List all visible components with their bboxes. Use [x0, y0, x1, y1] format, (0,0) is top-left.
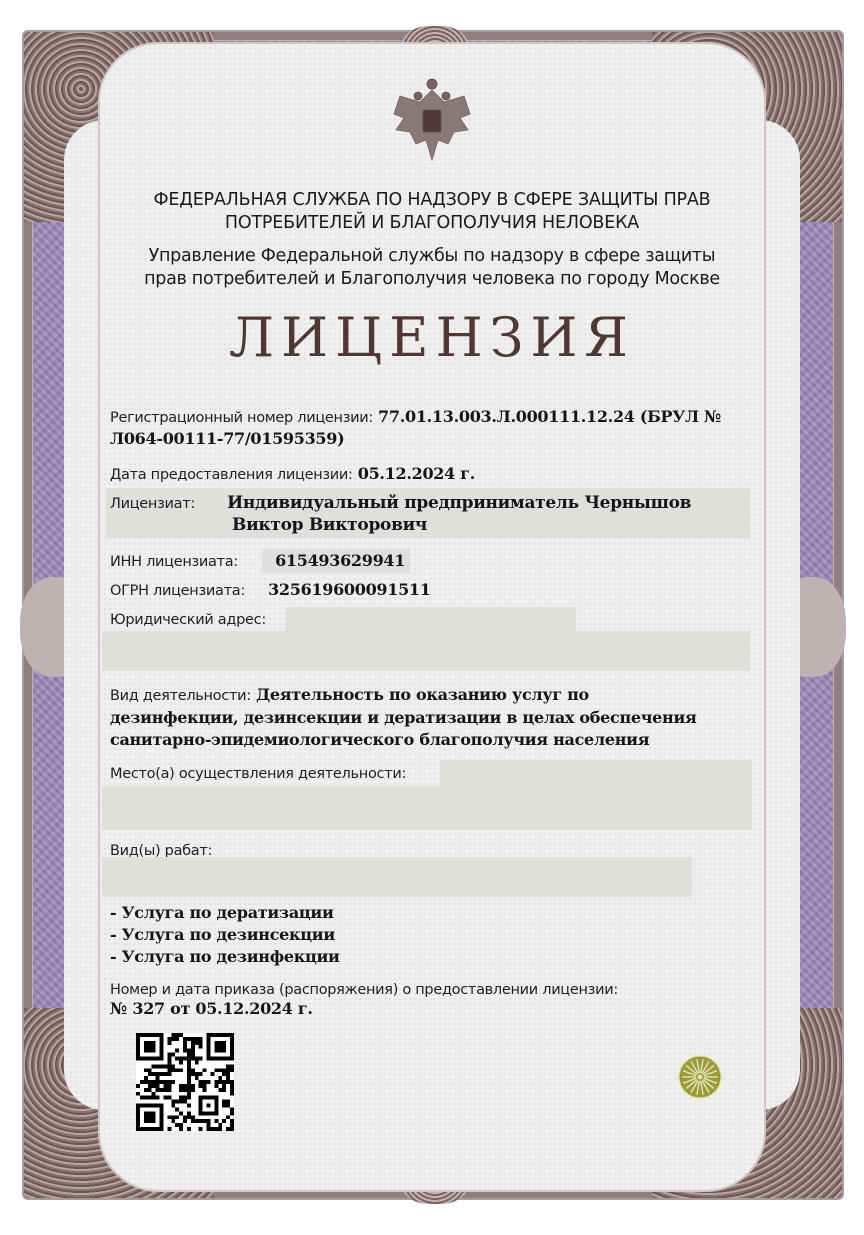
agency-line: ПОТРЕБИТЕЛЕЙ И БЛАГОПОЛУЧИЯ НЕЛОВЕКА — [100, 212, 764, 235]
licensee-value: Индивидуальный предприниматель Чернышов — [227, 493, 691, 513]
department-line: прав потребителей и Благополучия человек… — [100, 268, 764, 291]
reg-number-value-cont: Л064-00111-77/01595359) — [110, 429, 344, 448]
agency-name: ФЕДЕРАЛЬНАЯ СЛУЖБА ПО НАДЗОРУ В СФЕРЕ ЗА… — [100, 189, 764, 235]
ogrn-label: ОГРН лицензиата: — [110, 580, 263, 602]
order-field-value: № 327 от 05.12.2024 г. — [110, 998, 750, 1020]
ogrn-value: 325619600091511 — [268, 580, 431, 599]
date-label: Дата предоставления лицензии: — [110, 467, 353, 483]
reg-number-label: Регистрационный номер лицензии: — [110, 410, 373, 426]
agency-line: ФЕДЕРАЛЬНАЯ СЛУЖБА ПО НАДЗОРУ В СФЕРЕ ЗА… — [100, 189, 764, 212]
activity-value-cont: санитарно-эпидемиологического благополуч… — [110, 730, 649, 749]
department-name: Управление Федеральной службы по надзору… — [100, 245, 764, 291]
places-label: Место(а) осуществления деятельности: — [110, 766, 406, 782]
activity-field-cont: дезинфекции, дезинсекции и дератизации в… — [110, 707, 750, 729]
places-redaction — [102, 786, 752, 830]
activity-label: Вид деятельности: — [110, 688, 251, 704]
licensee-label: Лицензиат: — [110, 493, 222, 515]
activity-value-cont: дезинфекции, дезинсекции и дератизации в… — [110, 708, 697, 727]
reg-number-field: Регистрационный номер лицензии: 77.01.13… — [110, 406, 750, 429]
department-line: Управление Федеральной службы по надзору… — [100, 245, 764, 268]
service-item: - Услуга по дератизации — [110, 902, 750, 924]
address-label: Юридический адрес: — [110, 612, 266, 628]
order-label: Номер и дата приказа (распоряжения) о пр… — [110, 982, 618, 998]
places-field: Место(а) осуществления деятельности: — [110, 762, 750, 785]
service-item: - Услуга по дезинфекции — [110, 946, 750, 968]
address-redaction — [102, 631, 750, 671]
licensee-field-cont: Виктор Викторович — [232, 514, 864, 536]
address-field: Юридический адрес: — [110, 608, 750, 631]
qr-code-icon[interactable] — [136, 1033, 234, 1131]
licensee-field: Лицензиат: Индивидуальный предпринимател… — [110, 492, 750, 515]
service-item: - Услуга по дезинсекции — [110, 924, 750, 946]
hologram-seal-icon — [676, 1053, 724, 1101]
activity-field-cont: санитарно-эпидемиологического благополуч… — [110, 729, 750, 751]
reg-number-field-cont: Л064-00111-77/01595359) — [110, 428, 750, 450]
works-redaction — [102, 857, 692, 897]
inn-label: ИНН лицензиата: — [110, 551, 270, 573]
russian-coat-of-arms-icon — [390, 74, 474, 166]
inn-value: 615493629941 — [275, 551, 405, 570]
reg-number-value: 77.01.13.003.Л.000111.12.24 (БРУЛ № — [378, 407, 721, 426]
licensee-value-cont: Виктор Викторович — [232, 515, 427, 535]
service-item-text: - Услуга по дератизации — [110, 903, 334, 922]
activity-field: Вид деятельности: Деятельность по оказан… — [110, 684, 750, 707]
service-item-text: - Услуга по дезинсекции — [110, 925, 335, 944]
document-title: ЛИЦЕНЗИЯ — [100, 306, 764, 370]
date-value: 05.12.2024 г. — [358, 464, 475, 483]
service-item-text: - Услуга по дезинфекции — [110, 947, 340, 966]
order-value: № 327 от 05.12.2024 г. — [110, 999, 313, 1018]
date-field: Дата предоставления лицензии: 05.12.2024… — [110, 463, 750, 486]
license-document: ФЕДЕРАЛЬНАЯ СЛУЖБА ПО НАДЗОРУ В СФЕРЕ ЗА… — [0, 0, 864, 1235]
activity-value: Деятельность по оказанию услуг по — [256, 685, 589, 704]
inn-field: ИНН лицензиата: 615493629941 — [110, 550, 750, 573]
ogrn-field: ОГРН лицензиата: 325619600091511 — [110, 579, 750, 602]
